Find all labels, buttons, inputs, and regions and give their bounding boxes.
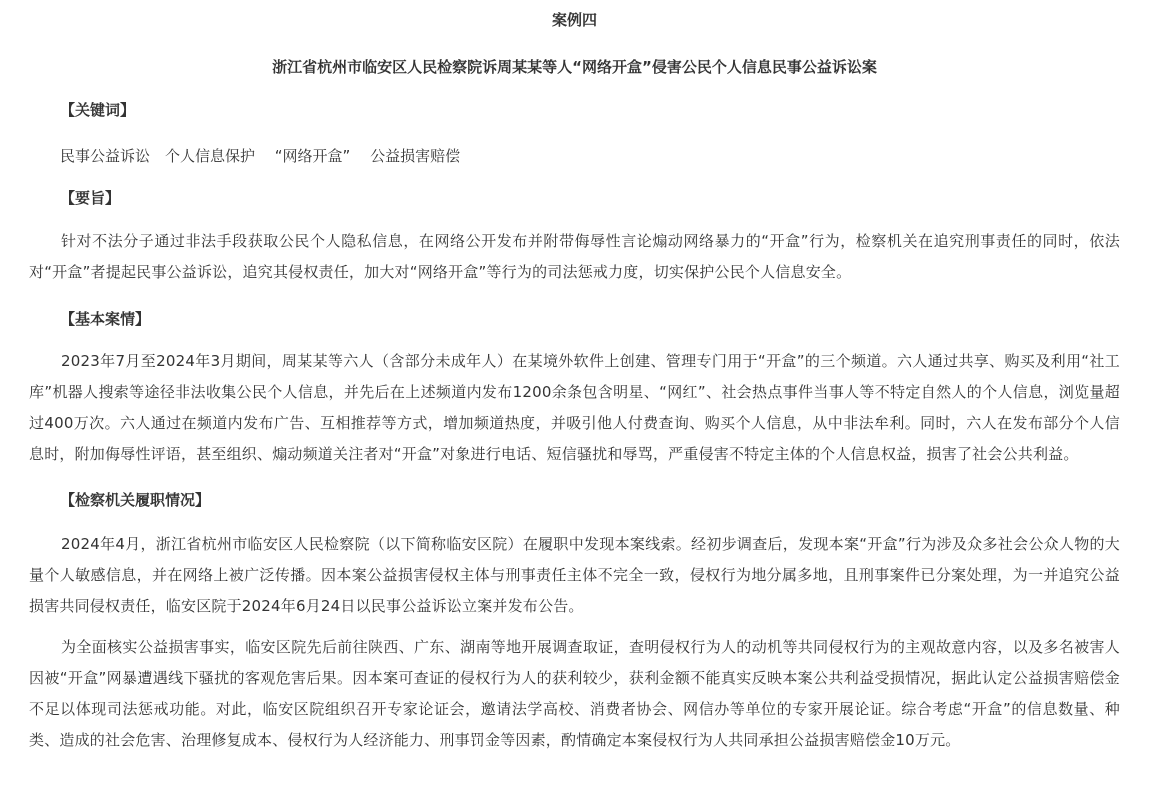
keywords-text: 民事公益诉讼 个人信息保护 “网络开盒” 公益损害赔偿 — [29, 146, 1120, 166]
section-heading-gist: 【要旨】 — [29, 188, 1120, 208]
case-title: 浙江省杭州市临安区人民检察院诉周某某等人“网络开盒”侵害公民个人信息民事公益诉讼… — [29, 57, 1120, 77]
article: 案例四 浙江省杭州市临安区人民检察院诉周某某等人“网络开盒”侵害公民个人信息民事… — [0, 0, 1159, 756]
case-number: 案例四 — [29, 0, 1120, 30]
section-heading-keywords: 【关键词】 — [29, 100, 1120, 120]
gist-paragraph: 针对不法分子通过非法手段获取公民个人隐私信息，在网络公开发布并附带侮辱性言论煽动… — [29, 226, 1120, 288]
section-heading-basic-facts: 【基本案情】 — [29, 309, 1120, 329]
performance-paragraph-2: 为全面核实公益损害事实，临安区院先后前往陕西、广东、湖南等地开展调查取证，查明侵… — [29, 632, 1120, 756]
section-heading-procuratorate-performance: 【检察机关履职情况】 — [29, 490, 1120, 510]
basic-facts-paragraph: 2023年7月至2024年3月期间，周某某等六人（含部分未成年人）在某境外软件上… — [29, 346, 1120, 470]
performance-paragraph-1: 2024年4月，浙江省杭州市临安区人民检察院（以下简称临安区院）在履职中发现本案… — [29, 529, 1120, 622]
